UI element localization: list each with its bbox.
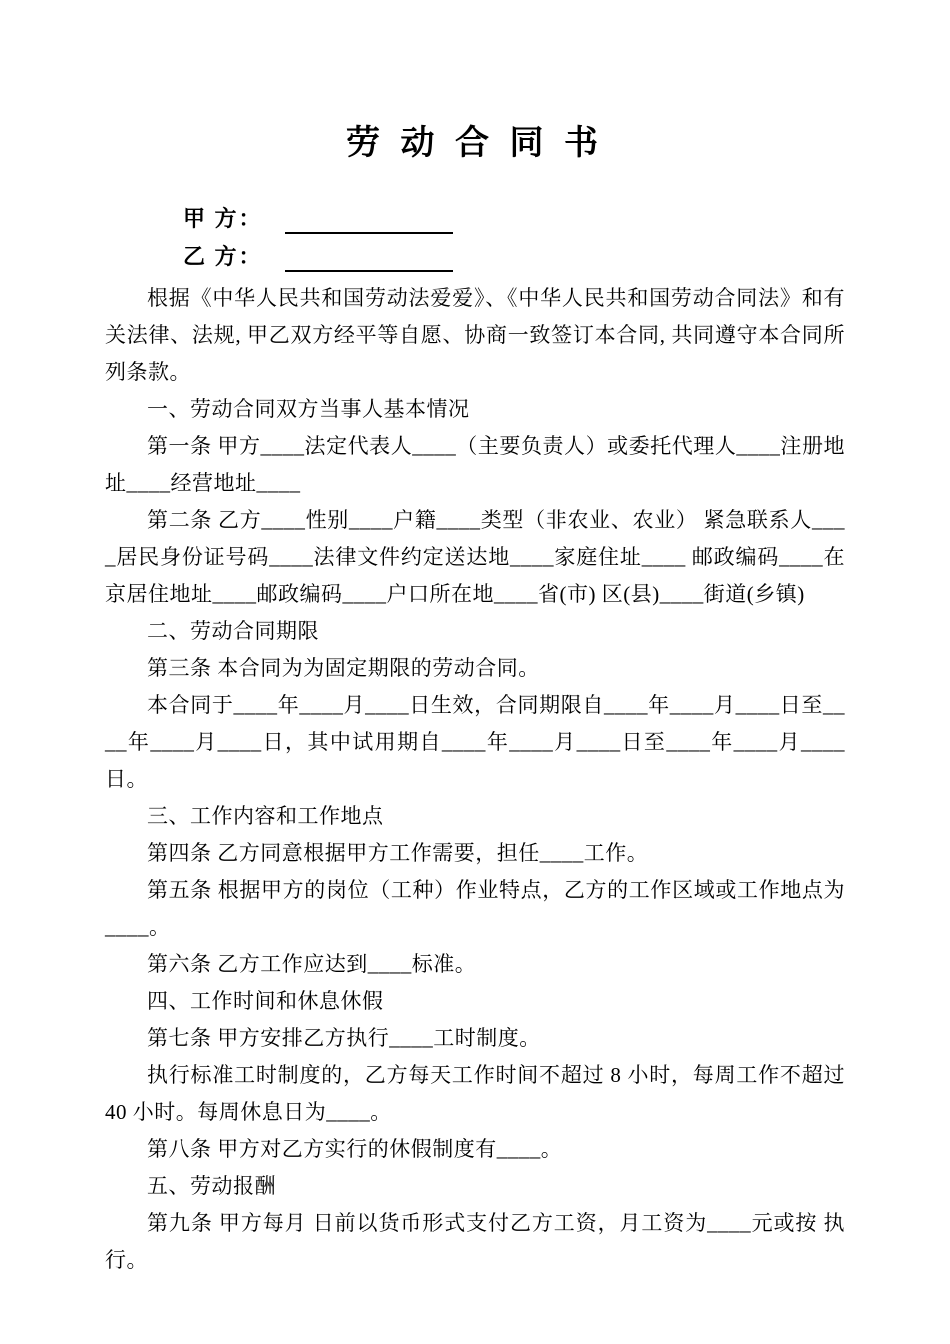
contract-paragraph: 第九条 甲方每月 日前以货币形式支付乙方工资，月工资为____元或按 执行。 [105, 1205, 845, 1279]
party-a-line: 甲 方： [105, 196, 845, 234]
contract-paragraph: 五、劳动报酬 [105, 1168, 845, 1205]
contract-paragraph: 第二条 乙方____性别____户籍____类型（非农业、农业） 紧急联系人__… [105, 502, 845, 613]
paragraph-list: 根据《中华人民共和国劳动法爱爱》、《中华人民共和国劳动合同法》和有关法律、法规,… [105, 280, 845, 1279]
contract-paragraph: 根据《中华人民共和国劳动法爱爱》、《中华人民共和国劳动合同法》和有关法律、法规,… [105, 280, 845, 391]
party-b-blank-underline [285, 244, 453, 272]
contract-paragraph: 第三条 本合同为为固定期限的劳动合同。 [105, 650, 845, 687]
party-a-label: 甲 方： [183, 204, 263, 234]
party-b-label: 乙 方： [183, 242, 263, 272]
contract-paragraph: 第七条 甲方安排乙方执行____工时制度。 [105, 1020, 845, 1057]
contract-paragraph: 四、工作时间和休息休假 [105, 983, 845, 1020]
contract-paragraph: 本合同于____年____月____日生效，合同期限自____年____月___… [105, 687, 845, 798]
contract-paragraph: 第四条 乙方同意根据甲方工作需要，担任____工作。 [105, 835, 845, 872]
contract-paragraph: 第八条 甲方对乙方实行的休假制度有____。 [105, 1131, 845, 1168]
party-b-line: 乙 方： [105, 234, 845, 272]
contract-paragraph: 第一条 甲方____法定代表人____（主要负责人）或委托代理人____注册地址… [105, 428, 845, 502]
contract-paragraph: 执行标准工时制度的，乙方每天工作时间不超过 8 小时，每周工作不超过 40 小时… [105, 1057, 845, 1131]
party-a-blank-underline [285, 206, 453, 234]
contract-paragraph: 三、工作内容和工作地点 [105, 798, 845, 835]
contract-paragraph: 一、劳动合同双方当事人基本情况 [105, 391, 845, 428]
contract-paragraph: 第五条 根据甲方的岗位（工种）作业特点，乙方的工作区域或工作地点为____。 [105, 872, 845, 946]
contract-paragraph: 第六条 乙方工作应达到____标准。 [105, 946, 845, 983]
document-title: 劳 动 合 同 书 [105, 122, 845, 166]
contract-paragraph: 二、劳动合同期限 [105, 613, 845, 650]
contract-page: 劳 动 合 同 书 甲 方： 乙 方： 根据《中华人民共和国劳动法爱爱》、《中华… [0, 0, 950, 1344]
